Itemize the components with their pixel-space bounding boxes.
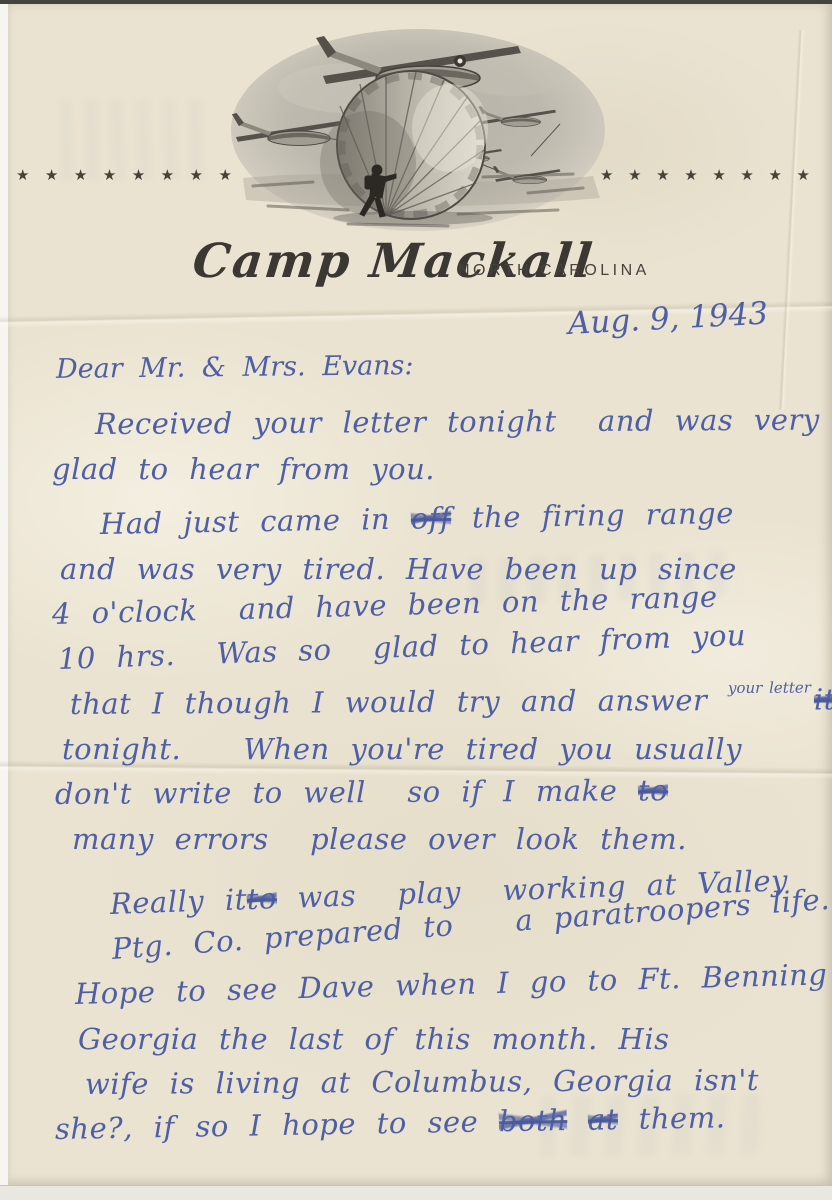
struck-word: off [411, 501, 452, 536]
line-text: the firing range [451, 496, 734, 535]
letter-line: tonight. When you're tired you usually [62, 727, 824, 772]
line-text: wife is living at Columbus, Georgia isn'… [85, 1063, 759, 1101]
star-icon: ★ [797, 166, 810, 184]
stars-right: ★★★★★★★★ [600, 166, 810, 184]
line-text: don't write to well so if I make [55, 773, 638, 811]
star-icon: ★ [656, 166, 669, 184]
line-text: Georgia the last of this month. His [78, 1022, 670, 1056]
line-text: Received your letter tonight and was ver… [95, 403, 820, 441]
star-icon: ★ [190, 166, 203, 184]
star-icon: ★ [161, 166, 174, 184]
star-icon: ★ [45, 166, 58, 184]
star-icon: ★ [628, 166, 641, 184]
scanned-letter: ★★★★★★★★ ★★★★★★★★ Camp Mackall NORTH CAR… [0, 0, 832, 1200]
inserted-word: your letter [728, 680, 811, 696]
letter-body: Received your letter tonight and was ver… [0, 402, 824, 1152]
stars-left: ★★★★★★★★ [16, 166, 232, 184]
scan-edge-top [0, 0, 832, 4]
struck-word: both [499, 1103, 568, 1138]
struck-word: it [814, 682, 832, 716]
salutation: Dear Mr. & Mrs. Evans: [56, 350, 414, 385]
struck-word: at [588, 1102, 619, 1137]
struck-word: to [246, 881, 277, 916]
line-text: she?, if so I hope to see [55, 1104, 500, 1146]
line-text: them. [618, 1100, 726, 1136]
scan-strip-bottom [0, 1185, 832, 1200]
letter-line: Received your letter tonight and was ver… [95, 398, 824, 447]
star-icon: ★ [768, 166, 781, 184]
letter-line: Had just came in off the firing range [100, 489, 825, 547]
line-text: many errors please over look them. [72, 822, 687, 856]
struck-word: to [638, 773, 668, 807]
letter-line: Georgia the last of this month. His [78, 1017, 824, 1062]
line-text [567, 1103, 588, 1137]
letterhead-illustration [228, 28, 608, 233]
line-text: that I though I would try and answer [70, 683, 728, 721]
star-icon: ★ [740, 166, 753, 184]
letter-line: don't write to well so if I make to [55, 767, 824, 817]
star-icon: ★ [103, 166, 116, 184]
letter-line: many errors please over look them. [72, 817, 824, 862]
letter-line: glad to hear from you. [52, 447, 824, 492]
star-icon: ★ [600, 166, 613, 184]
line-text: Had just came in [100, 502, 411, 541]
star-icon: ★ [132, 166, 145, 184]
line-text: glad to hear from you. [52, 452, 435, 486]
state-name: NORTH CAROLINA [458, 262, 650, 280]
star-icon: ★ [712, 166, 725, 184]
star-icon: ★ [74, 166, 87, 184]
line-text: Really it [109, 882, 247, 921]
star-icon: ★ [218, 166, 231, 184]
line-text: tonight. When you're tired you usually [62, 732, 742, 766]
star-icon: ★ [684, 166, 697, 184]
letter-line: that I though I would try and answer you… [70, 677, 824, 727]
star-icon: ★ [16, 166, 29, 184]
